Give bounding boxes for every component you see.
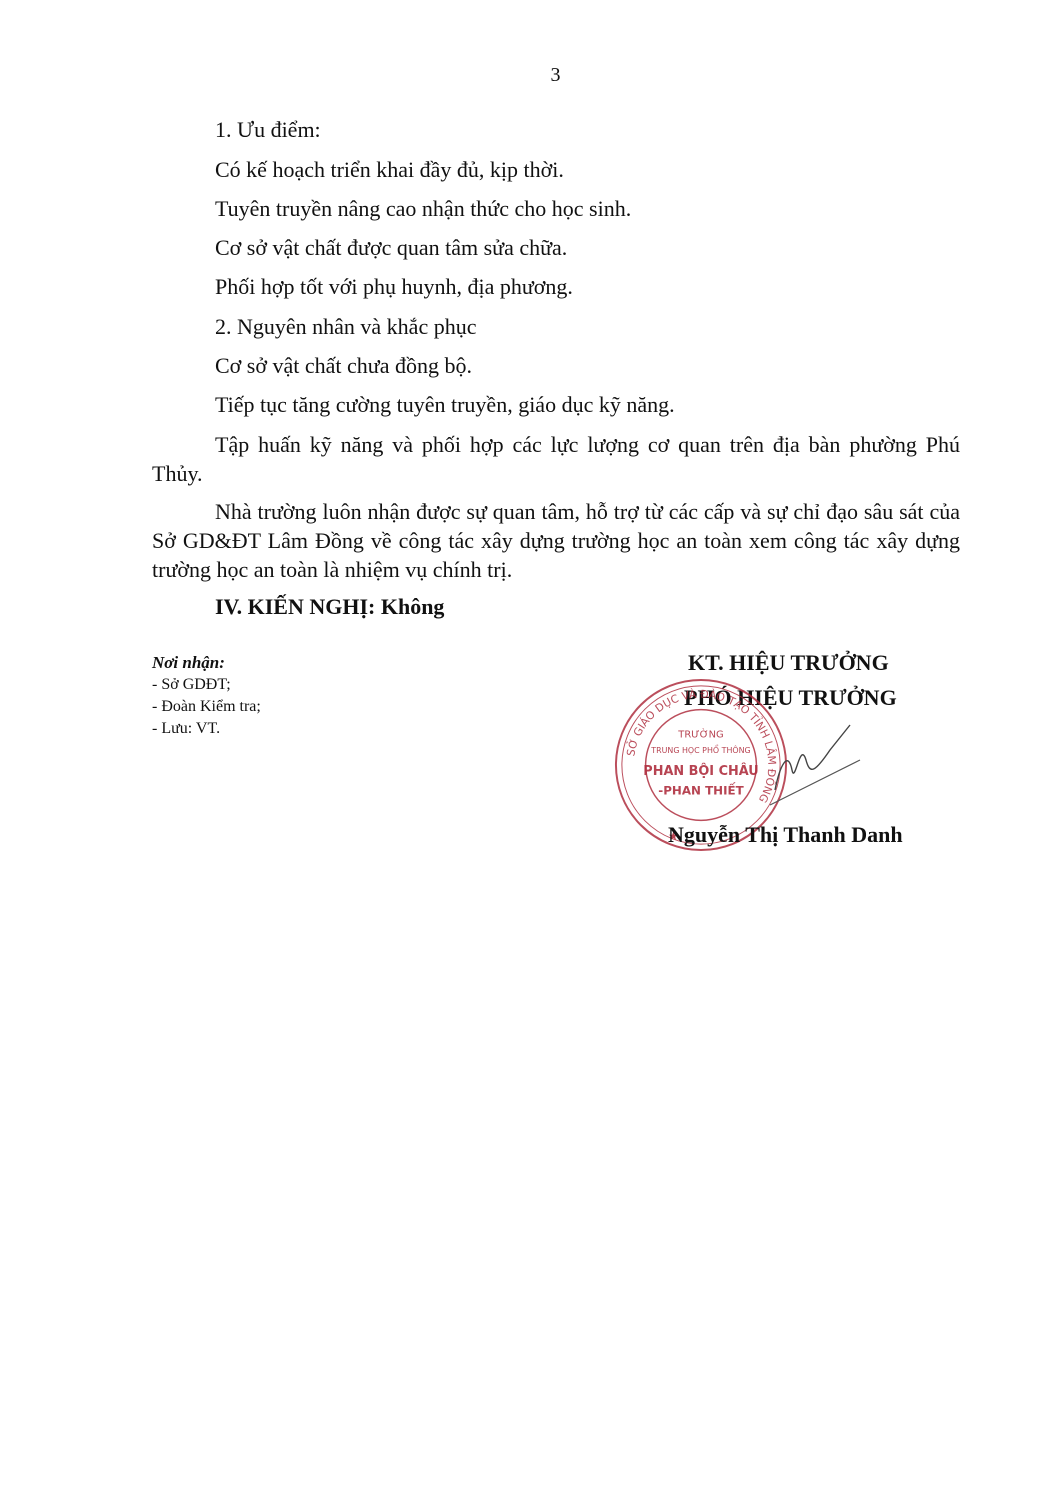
section2-heading: 2. Nguyên nhân và khắc phục — [215, 313, 476, 341]
advantage-item: Phối hợp tốt với phụ huynh, địa phương. — [215, 273, 573, 301]
recipient-item: - Đoàn Kiểm tra; — [152, 696, 261, 718]
paragraph-support: Nhà trường luôn nhận được sự quan tâm, h… — [152, 497, 960, 584]
signer-name: Nguyễn Thị Thanh Danh — [668, 822, 903, 848]
handwritten-signature-icon — [770, 710, 870, 810]
signature-title-1: KT. HIỆU TRƯỞNG — [688, 650, 889, 676]
remedy-item: Tiếp tục tăng cường tuyên truyền, giáo d… — [215, 391, 675, 419]
paragraph-training-text: Tập huấn kỹ năng và phối hợp các lực lượ… — [152, 430, 960, 488]
paragraph-training: Tập huấn kỹ năng và phối hợp các lực lượ… — [152, 430, 960, 488]
recipient-item: - Lưu: VT. — [152, 718, 261, 740]
svg-text:-PHAN THIẾT: -PHAN THIẾT — [658, 782, 744, 798]
svg-text:PHAN BỘI CHÂU: PHAN BỘI CHÂU — [643, 763, 758, 779]
remedy-item: Cơ sở vật chất chưa đồng bộ. — [215, 352, 472, 380]
svg-text:TRƯỜNG: TRƯỜNG — [677, 727, 723, 740]
recipients-title: Nơi nhận: — [152, 652, 261, 674]
page-number: 3 — [0, 64, 1061, 87]
paragraph-support-text: Nhà trường luôn nhận được sự quan tâm, h… — [152, 497, 960, 584]
advantage-item: Cơ sở vật chất được quan tâm sửa chữa. — [215, 234, 567, 262]
recipients-block: Nơi nhận: - Sở GDĐT; - Đoàn Kiểm tra; - … — [152, 652, 261, 740]
svg-text:TRUNG HỌC PHỔ THÔNG: TRUNG HỌC PHỔ THÔNG — [650, 743, 750, 755]
advantage-item: Tuyên truyền nâng cao nhận thức cho học … — [215, 195, 631, 223]
advantage-item: Có kế hoạch triển khai đầy đủ, kịp thời. — [215, 156, 564, 184]
recipient-item: - Sở GDĐT; — [152, 674, 261, 696]
section4-heading: IV. KIẾN NGHỊ: Không — [215, 594, 444, 620]
section1-heading: 1. Ưu điểm: — [215, 116, 321, 144]
